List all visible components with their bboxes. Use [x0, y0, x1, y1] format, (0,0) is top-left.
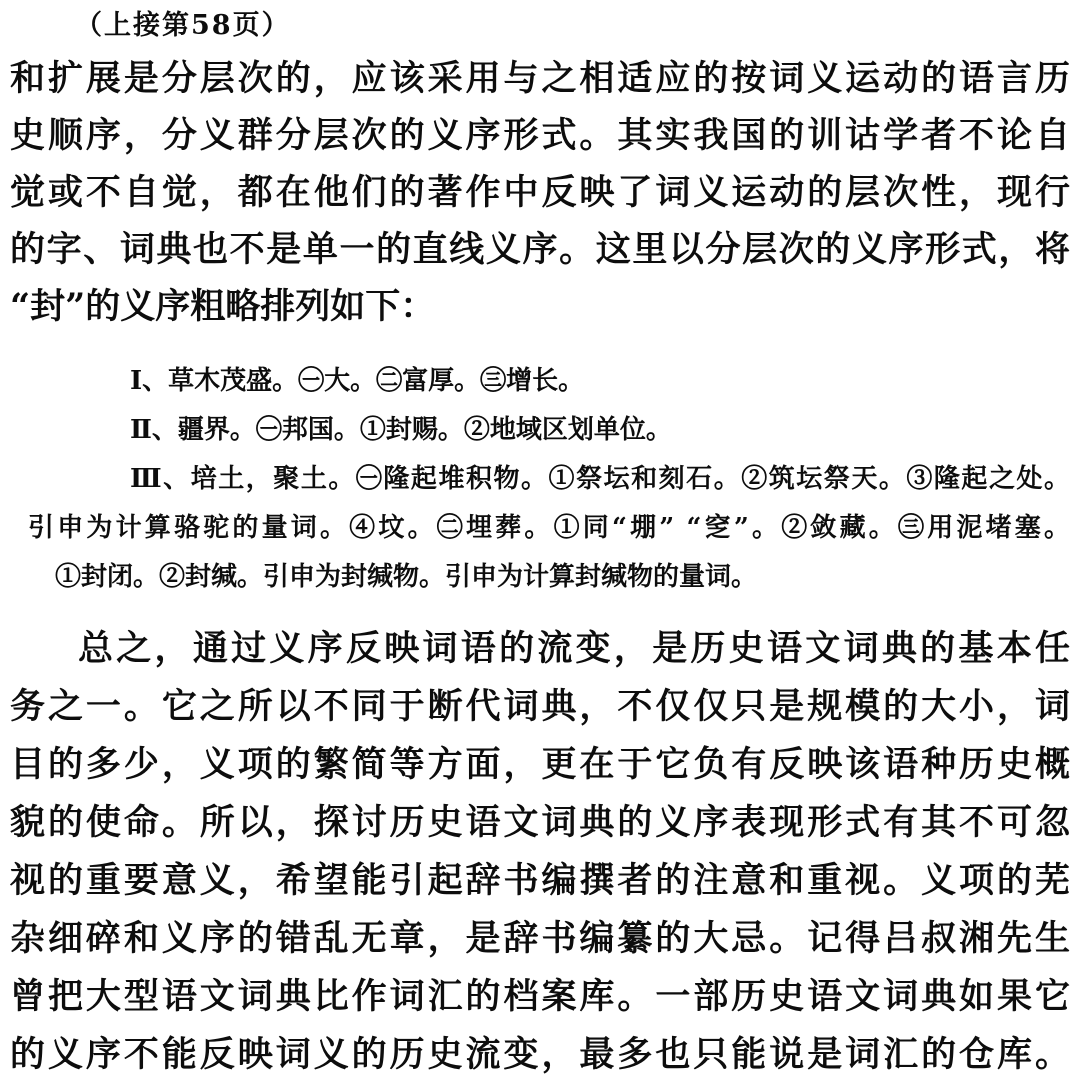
sense-item-3-line-1: Ⅲ、培土，聚土。㊀隆起堆积物。①祭坛和刻石。②筑坛祭天。③隆起之处。 — [10, 455, 1070, 504]
paragraph-1: 和扩展是分层次的，应该采用与之相适应的按词义运动的语言历 史顺序，分义群分层次的… — [10, 50, 1070, 335]
paragraph-2-line-3: 目的多少，义项的繁简等方面，更在于它负有反映该语种历史概 — [10, 736, 1070, 794]
paragraph-1-line-3: 觉或不自觉，都在他们的著作中反映了词义运动的层次性，现行 — [10, 164, 1070, 221]
paragraph-2-line-1: 总之，通过义序反映词语的流变，是历史语文词典的基本任 — [10, 620, 1070, 678]
paragraph-2: 总之，通过义序反映词语的流变，是历史语文词典的基本任 务之一。它之所以不同于断代… — [10, 620, 1070, 1083]
sense-item-3-line-3: ①封闭。②封缄。引申为封缄物。引申为计算封缄物的量词。 — [10, 553, 1070, 602]
paragraph-1-line-1: 和扩展是分层次的，应该采用与之相适应的按词义运动的语言历 — [10, 50, 1070, 107]
paragraph-2-line-4: 貌的使命。所以，探讨历史语文词典的义序表现形式有其不可忽 — [10, 794, 1070, 852]
paragraph-1-line-2: 史顺序，分义群分层次的义序形式。其实我国的训诂学者不论自 — [10, 107, 1070, 164]
sense-item-1: Ⅰ、草木茂盛。㊀大。㊁富厚。㊂增长。 — [10, 357, 1070, 406]
continuation-note: （上接第58页） — [75, 8, 1070, 44]
paragraph-2-line-5: 视的重要意义，希望能引起辞书编撰者的注意和重视。义项的芜 — [10, 852, 1070, 910]
sense-order-list: Ⅰ、草木茂盛。㊀大。㊁富厚。㊂增长。 Ⅱ、疆界。㊀邦国。①封赐。②地域区划单位。… — [10, 357, 1070, 602]
sense-item-3-line-2: 引申为计算骆驼的量词。④坟。㊁埋葬。①同“堋” “窆”。②敛藏。㊂用泥堵塞。 — [10, 504, 1070, 553]
scanned-page: （上接第58页） 和扩展是分层次的，应该采用与之相适应的按词义运动的语言历 史顺… — [0, 0, 1080, 1083]
paragraph-1-line-4: 的字、词典也不是单一的直线义序。这里以分层次的义序形式，将 — [10, 221, 1070, 278]
paragraph-1-line-5: “封”的义序粗略排列如下： — [10, 278, 1070, 335]
paragraph-2-line-7: 曾把大型语文词典比作词汇的档案库。一部历史语文词典如果它 — [10, 968, 1070, 1026]
paragraph-2-line-2: 务之一。它之所以不同于断代词典，不仅仅只是规模的大小，词 — [10, 678, 1070, 736]
paragraph-2-line-8: 的义序不能反映词义的历史流变，最多也只能说是词汇的仓库。 — [10, 1026, 1070, 1083]
sense-item-2: Ⅱ、疆界。㊀邦国。①封赐。②地域区划单位。 — [10, 406, 1070, 455]
paragraph-2-line-6: 杂细碎和义序的错乱无章，是辞书编纂的大忌。记得吕叔湘先生 — [10, 910, 1070, 968]
